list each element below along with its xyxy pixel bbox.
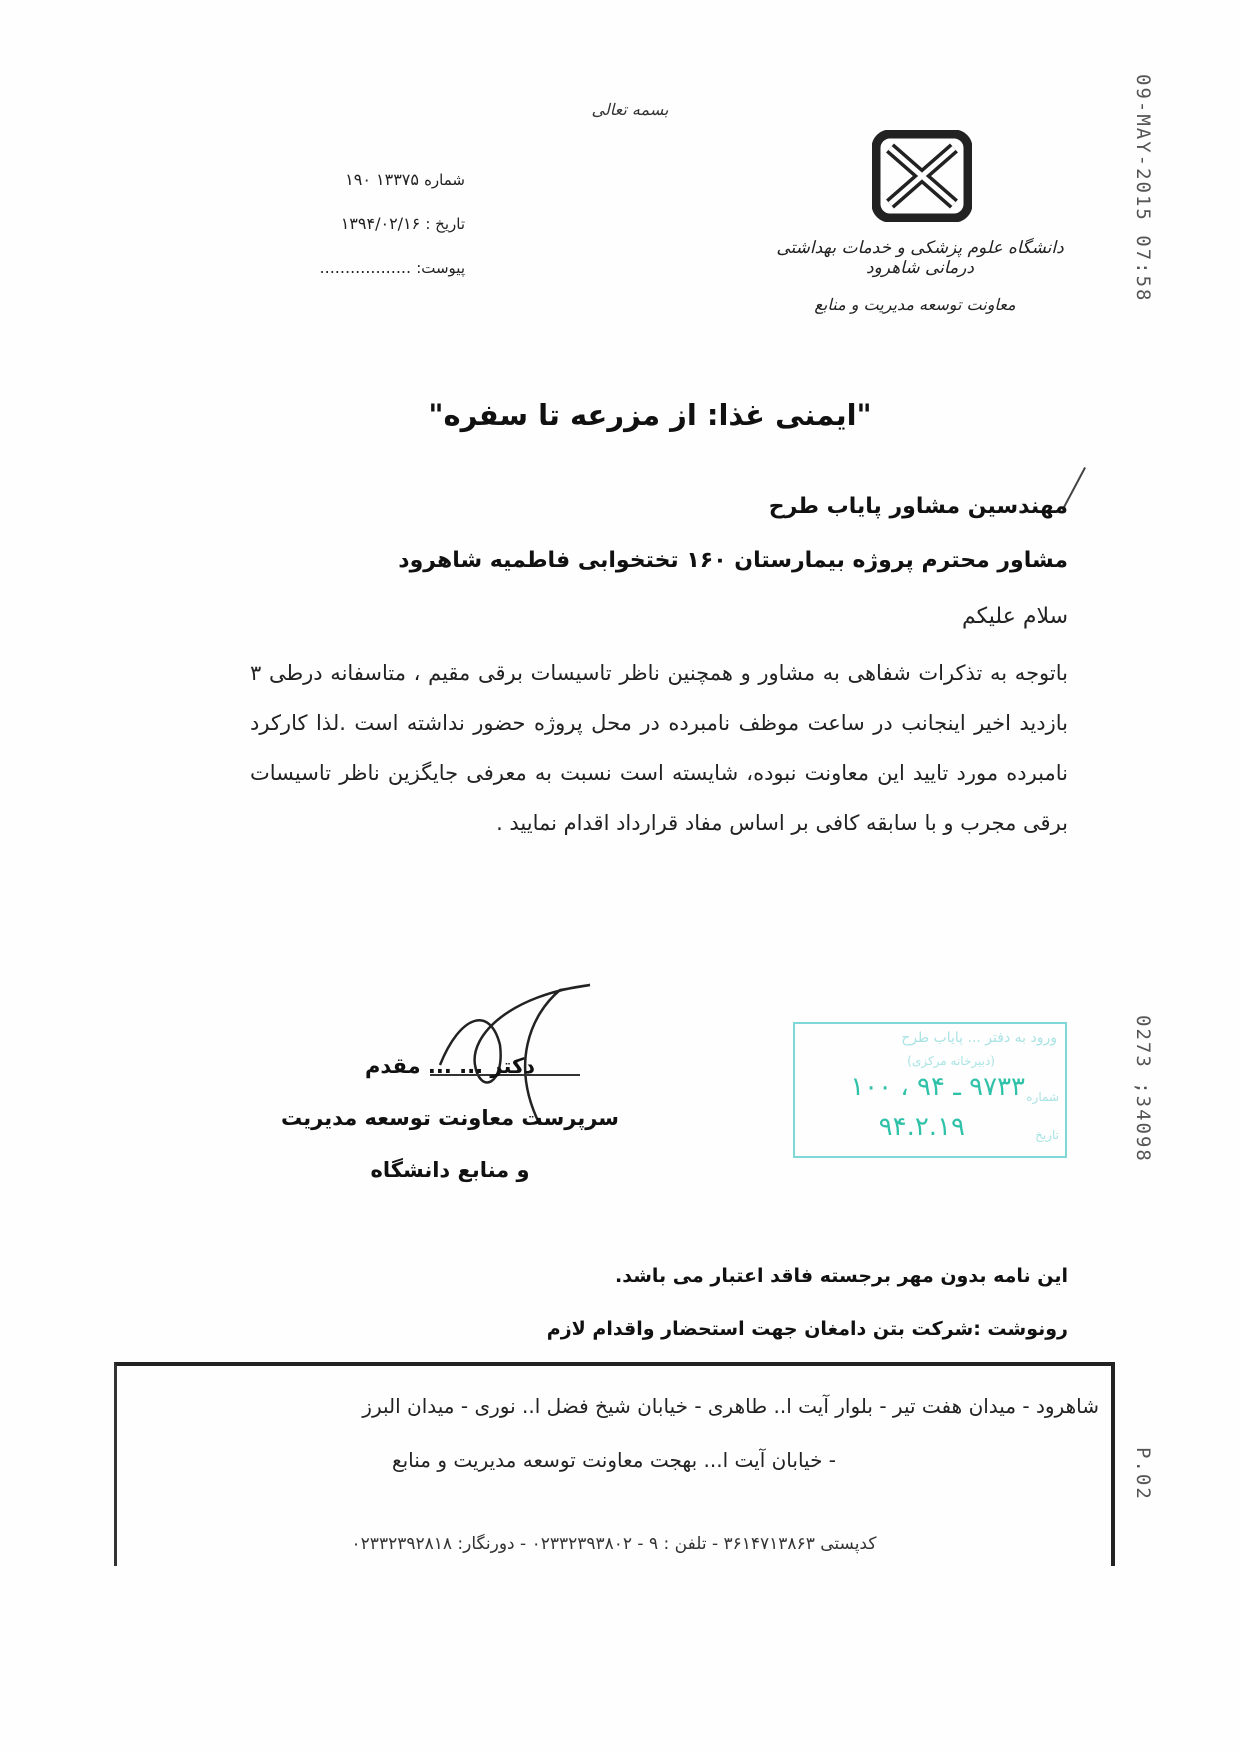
body-paragraph: باتوجه به تذکرات شفاهی به مشاور و همچنین… xyxy=(250,648,1068,848)
letter-number-label: شماره xyxy=(424,171,465,189)
university-name: دانشگاه علوم پزشکی و خدمات بهداشتی درمان… xyxy=(760,238,1080,278)
recipient-line-1: مهندسین مشاور پایاب طرح xyxy=(769,494,1068,519)
recipient-line-2: مشاور محترم پروژه بیمارستان ۱۶۰ تختخوابی… xyxy=(398,548,1068,573)
validity-note: این نامه بدون مهر برجسته فاقد اعتبار می … xyxy=(615,1265,1068,1287)
address-line-2: - خیابان آیت ا... بهجت معاونت توسعه مدیر… xyxy=(117,1448,1111,1472)
signatory-name: دکتر ... ... مقدم xyxy=(270,1040,630,1092)
stamp-title: ورود به دفتر ... پایاب طرح xyxy=(901,1030,1057,1046)
greeting: سلام علیکم xyxy=(962,604,1068,629)
stamp-number-value: ۹۷۳۳ ـ ۹۴ ، ۱۰۰ xyxy=(850,1072,1025,1102)
department-name: معاونت توسعه مدیریت و منابع xyxy=(800,295,1030,314)
letter-attachment: پیوست: .................. xyxy=(255,258,465,277)
letter-date-value: ۱۳۹۴/۰۲/۱۶ xyxy=(341,214,421,233)
stamp-date-label: تاریخ xyxy=(1035,1128,1059,1142)
slogan: "ایمنی غذا: از مزرعه تا سفره" xyxy=(420,398,880,432)
signatory-title-1: سرپرست معاونت توسعه مدیریت xyxy=(270,1092,630,1144)
invocation: بسمه تعالی xyxy=(590,100,670,119)
stamp-subtitle: (دبیرخانه مرکزی) xyxy=(907,1054,995,1068)
attachment-label: پیوست: xyxy=(416,259,465,277)
fax-datetime: 09-MAY-2015 07:58 xyxy=(1132,74,1154,302)
received-stamp: ورود به دفتر ... پایاب طرح (دبیرخانه مرک… xyxy=(793,1022,1067,1158)
signatory-title-2: و منابع دانشگاه xyxy=(270,1144,630,1196)
fax-code: 0273 ;34098 xyxy=(1132,1015,1154,1163)
letter-body: باتوجه به تذکرات شفاهی به مشاور و همچنین… xyxy=(250,648,1068,848)
letter-date-label: تاریخ : xyxy=(425,215,465,233)
fax-page-number: P.02 xyxy=(1132,1447,1154,1501)
contact-line: کدپستی ۳۶۱۴۷۱۳۸۶۳ - تلفن : ۹ - ۰۲۳۳۲۳۹۳۸… xyxy=(117,1534,1111,1554)
signature-block: دکتر ... ... مقدم سرپرست معاونت توسعه مد… xyxy=(270,1040,630,1196)
attachment-value: .................. xyxy=(320,258,412,277)
letter-number-value: ۱۳۳۷۵ ۱۹۰ xyxy=(345,170,419,189)
letter-number: شماره ۱۳۳۷۵ ۱۹۰ xyxy=(255,170,465,189)
letter-date: تاریخ : ۱۳۹۴/۰۲/۱۶ xyxy=(255,214,465,233)
footer-address-box: شاهرود - میدان هفت تیر - بلوار آیت ا.. ط… xyxy=(114,1362,1115,1566)
stamp-number-label: شماره xyxy=(1026,1090,1059,1104)
address-line-1: شاهرود - میدان هفت تیر - بلوار آیت ا.. ط… xyxy=(362,1394,1099,1418)
university-logo-icon xyxy=(872,130,972,222)
carbon-copy-note: رونوشت :شرکت بتن دامغان جهت استحضار واقد… xyxy=(547,1318,1068,1340)
letter-page: بسمه تعالی دانشگاه علوم پزشکی و خدمات به… xyxy=(0,0,1240,1753)
stamp-date-value: ۹۴.۲.۱۹ xyxy=(879,1112,965,1142)
